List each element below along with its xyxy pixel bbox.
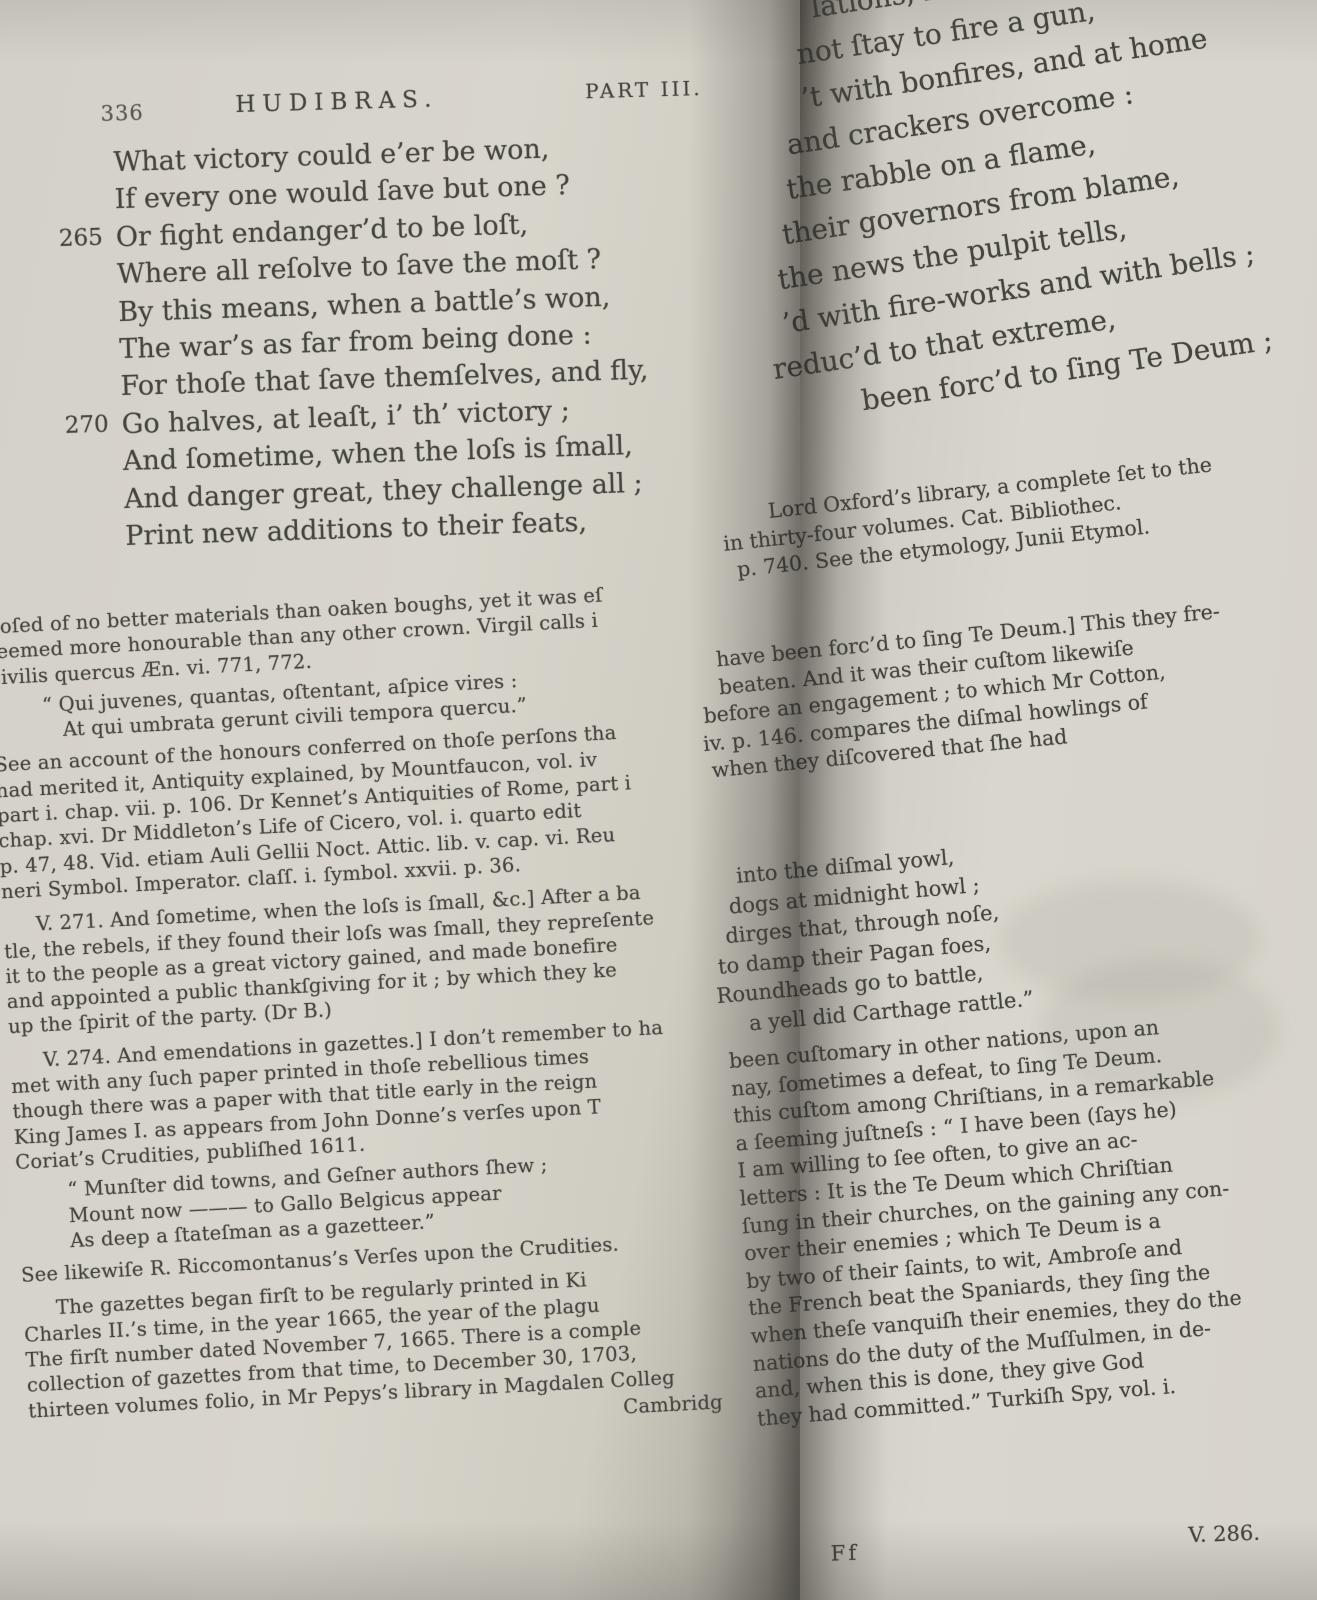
signature-mark: Ff (830, 1541, 859, 1566)
verse-number: 265 (58, 219, 109, 258)
right-verse-block: lations, for furious haſte to not ſtay t… (800, 0, 1317, 423)
page-number: 336 (100, 101, 144, 126)
left-verse-block: What victory could e’er be won, If every… (58, 125, 731, 557)
catchword: V. 286. (1188, 1521, 1260, 1547)
verse-number: 270 (64, 406, 115, 445)
part-label: PART III. (585, 76, 703, 103)
bleedthrough-ghost (1040, 960, 1280, 1100)
book-photo: 336 HUDIBRAS. PART III. What victory cou… (0, 0, 1317, 1600)
left-footnotes-block: poſed of no better materials than oaken … (0, 578, 723, 1450)
